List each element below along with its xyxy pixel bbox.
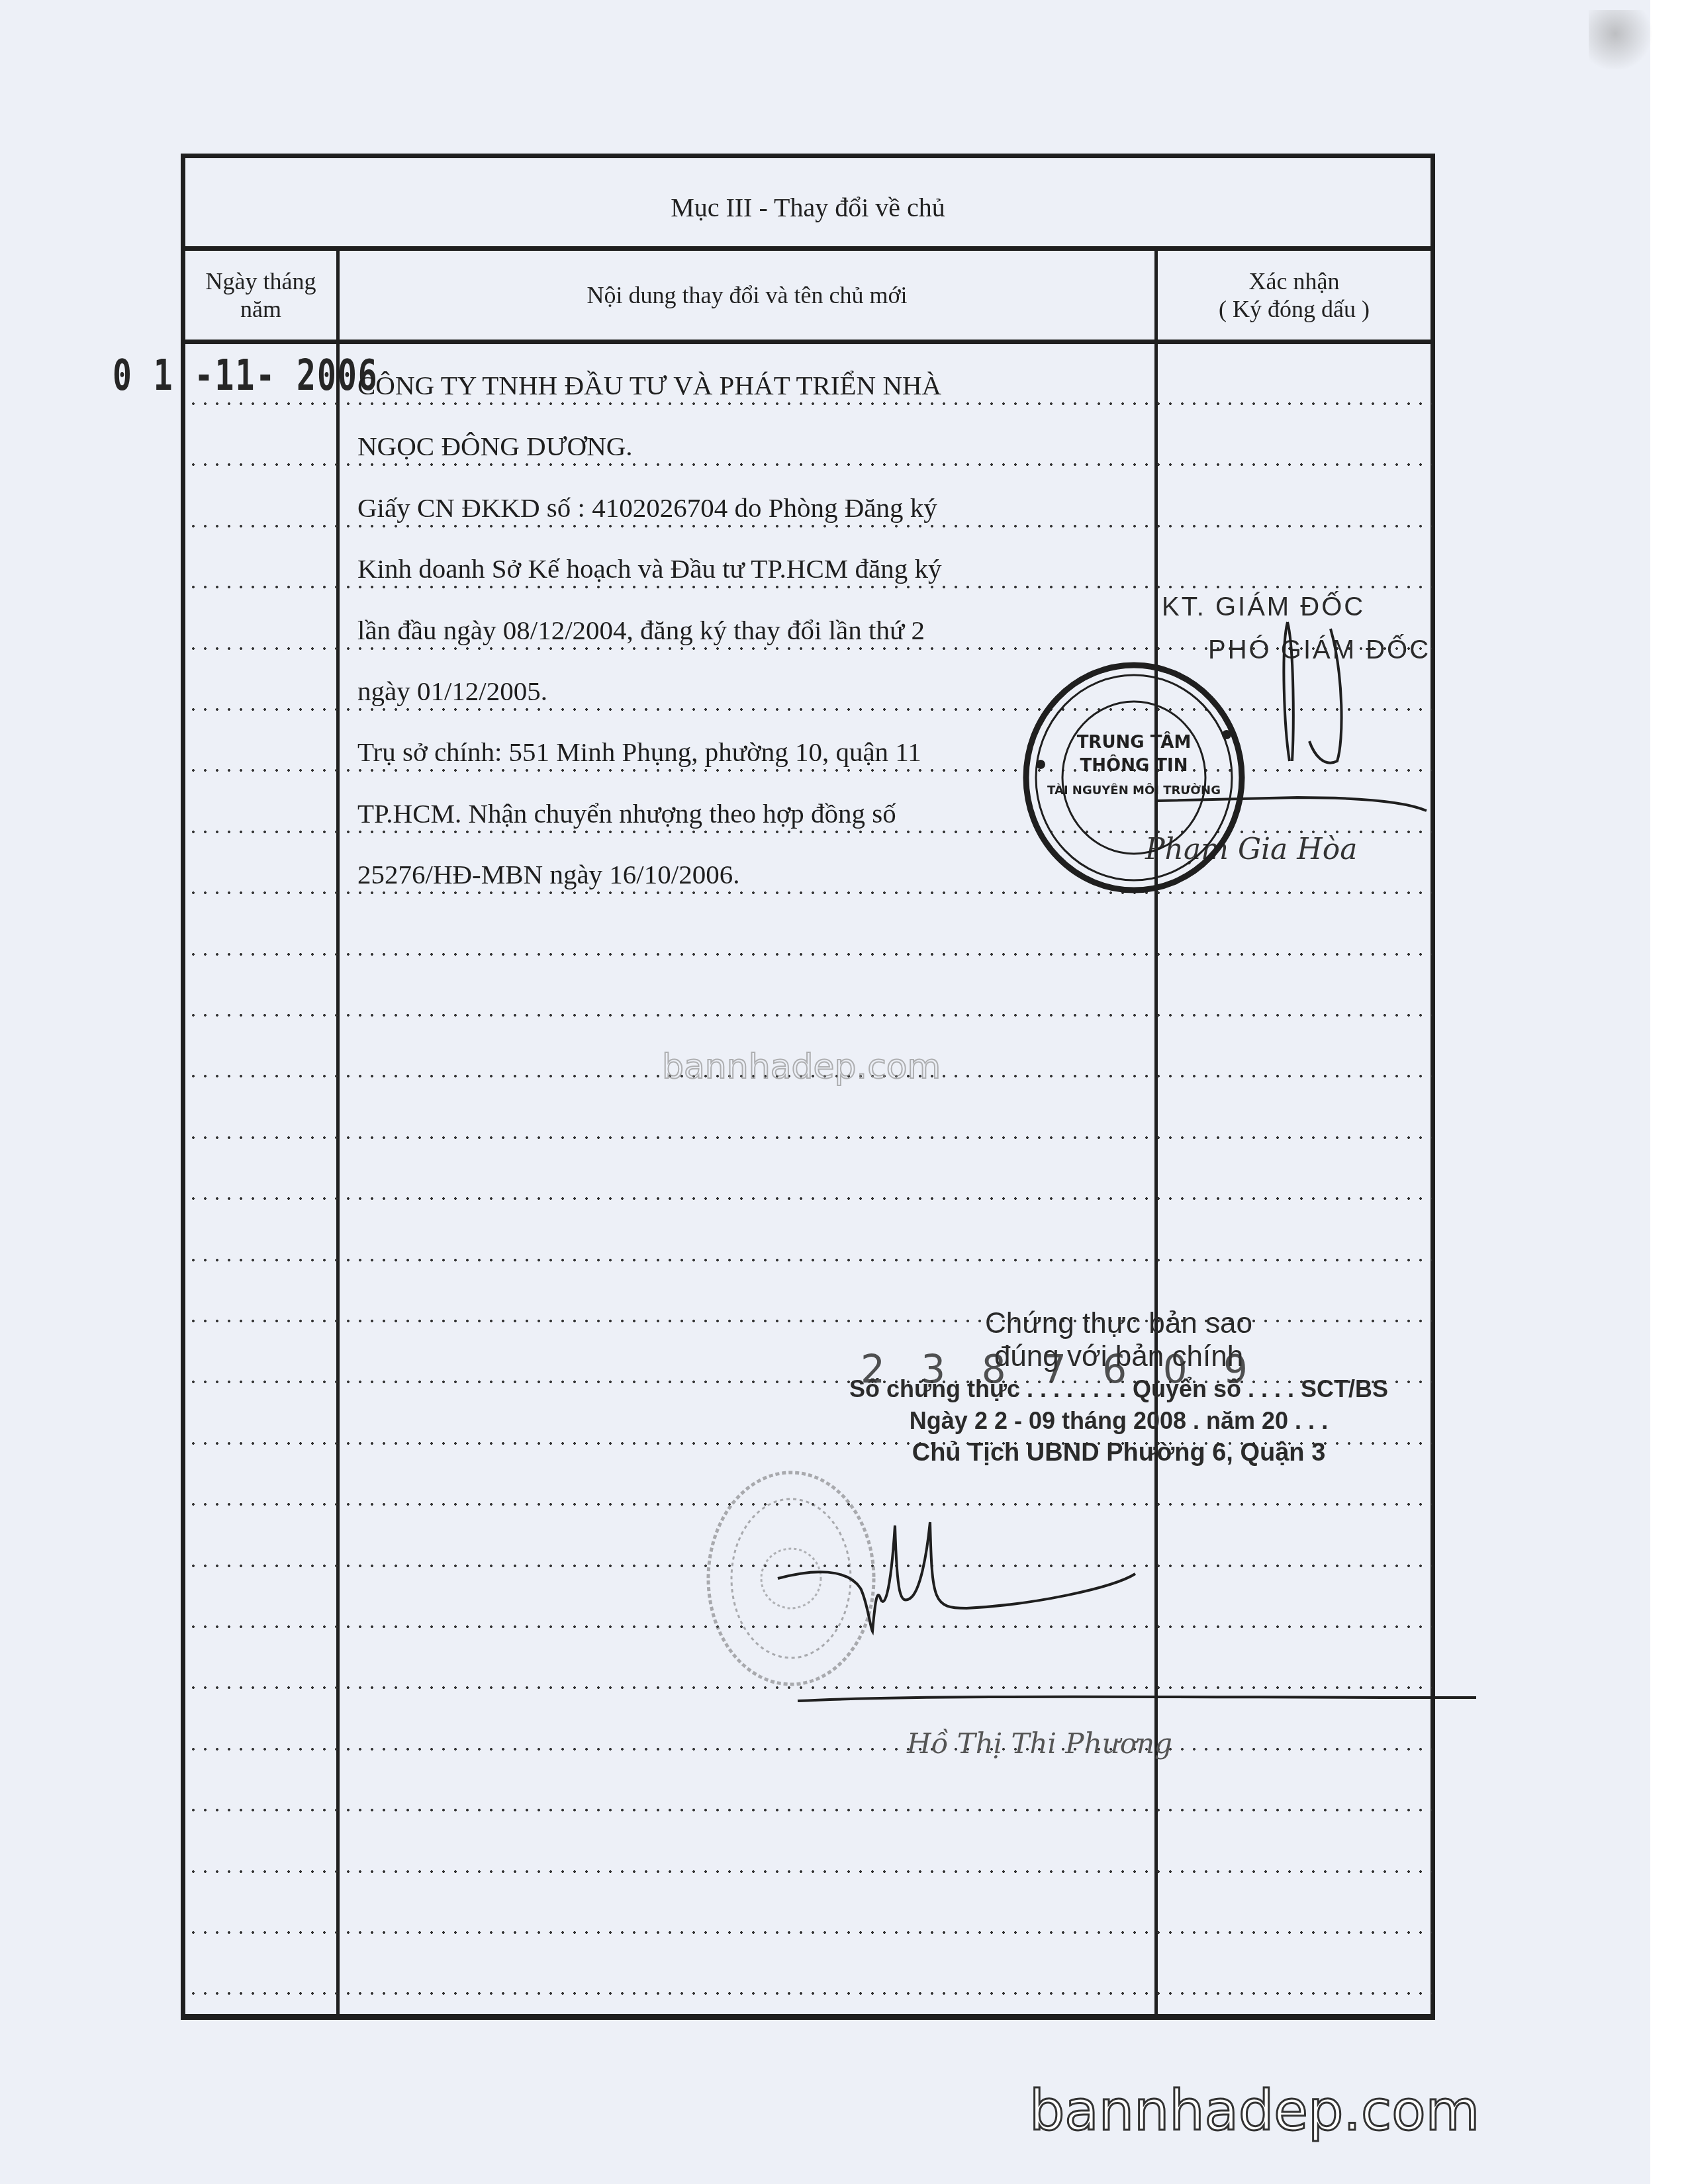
confirmation-signature-icon	[1157, 622, 1427, 811]
svg-text:TRUNG TÂM: TRUNG TÂM	[1077, 731, 1192, 752]
seals-and-signatures: TRUNG TÂM THÔNG TIN TÀI NGUYÊN MÔI TRƯỜN…	[0, 0, 1688, 2184]
cert-signature-icon	[778, 1522, 1476, 1701]
svg-text:TÀI NGUYÊN MÔI TRƯỜNG: TÀI NGUYÊN MÔI TRƯỜNG	[1047, 783, 1221, 797]
svg-text:THÔNG TIN: THÔNG TIN	[1080, 754, 1188, 776]
watermark-center: bannhadep.com	[662, 1047, 941, 1087]
watermark-bottom: bannhadep.com	[1029, 2078, 1479, 2143]
official-seal-icon: TRUNG TÂM THÔNG TIN TÀI NGUYÊN MÔI TRƯỜN…	[1026, 665, 1242, 890]
